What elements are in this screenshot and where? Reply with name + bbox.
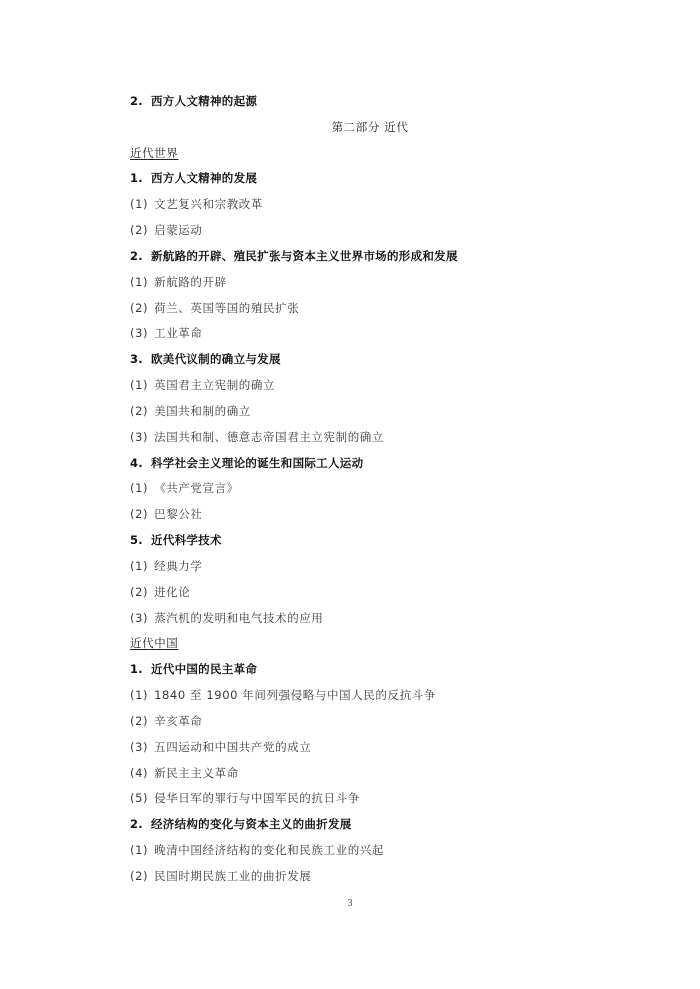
item-text: 启蒙运动 [154, 223, 202, 237]
subtopic-item: (1)经典力学 [130, 557, 570, 583]
item-text: 近代科学技术 [151, 533, 222, 547]
subtopic-item: (3)五四运动和中国共产党的成立 [130, 738, 570, 764]
item-number: (2) [130, 402, 148, 420]
item-text: 第二部分 近代 [332, 120, 409, 134]
item-number: (4) [130, 764, 148, 782]
topic-heading: 3.欧美代议制的确立与发展 [130, 350, 570, 376]
document-page: 2.西方人文精神的起源第二部分 近代近代世界1.西方人文精神的发展(1)文艺复兴… [0, 0, 700, 989]
topic-heading: 2.新航路的开辟、殖民扩张与资本主义世界市场的形成和发展 [130, 247, 570, 273]
section-title: 近代中国 [130, 634, 570, 660]
item-number: (2) [130, 221, 148, 239]
section-title: 近代世界 [130, 144, 570, 170]
topic-heading: 1.近代中国的民主革命 [130, 660, 570, 686]
subtopic-item: (2)民国时期民族工业的曲折发展 [130, 867, 570, 893]
subtopic-item: (3)工业革命 [130, 324, 570, 350]
subtopic-item: (4)新民主主义革命 [130, 764, 570, 790]
item-text: 新民主主义革命 [154, 766, 239, 780]
subtopic-item: (2)进化论 [130, 583, 570, 609]
item-text: 英国君主立宪制的确立 [154, 378, 275, 392]
item-text: 新航路的开辟、殖民扩张与资本主义世界市场的形成和发展 [151, 249, 458, 263]
item-text: 经典力学 [154, 559, 202, 573]
item-number: (1) [130, 376, 148, 394]
item-text: 西方人文精神的发展 [151, 171, 257, 185]
topic-heading: 1.西方人文精神的发展 [130, 169, 570, 195]
subtopic-item: (2)美国共和制的确立 [130, 402, 570, 428]
item-text: 工业革命 [154, 326, 202, 340]
item-text: 新航路的开辟 [154, 275, 227, 289]
subtopic-item: (1)晚清中国经济结构的变化和民族工业的兴起 [130, 841, 570, 867]
item-number: (5) [130, 789, 148, 807]
item-text: 民国时期民族工业的曲折发展 [154, 869, 311, 883]
item-number: 2. [130, 815, 143, 833]
part-title: 第二部分 近代 [130, 118, 570, 144]
item-number: (2) [130, 505, 148, 523]
subtopic-item: (5)侵华日军的罪行与中国军民的抗日斗争 [130, 789, 570, 815]
subtopic-item: (1)《共产党宣言》 [130, 479, 570, 505]
item-number: (1) [130, 686, 148, 704]
subtopic-item: (2)辛亥革命 [130, 712, 570, 738]
subtopic-item: (2)荷兰、英国等国的殖民扩张 [130, 299, 570, 325]
item-number: (1) [130, 557, 148, 575]
subtopic-item: (3)法国共和制、德意志帝国君主立宪制的确立 [130, 428, 570, 454]
item-number: 2. [130, 247, 143, 265]
item-number: 1. [130, 660, 143, 678]
item-text: 文艺复兴和宗教改革 [154, 197, 263, 211]
item-text: 近代世界 [130, 146, 178, 160]
item-text: 进化论 [154, 585, 190, 599]
item-number: (3) [130, 428, 148, 446]
item-text: 美国共和制的确立 [154, 404, 251, 418]
item-text: 晚清中国经济结构的变化和民族工业的兴起 [154, 843, 384, 857]
item-text: 科学社会主义理论的诞生和国际工人运动 [151, 456, 363, 470]
item-number: (1) [130, 841, 148, 859]
item-text: 侵华日军的罪行与中国军民的抗日斗争 [154, 791, 360, 805]
subtopic-item: (1)新航路的开辟 [130, 273, 570, 299]
subtopic-item: (3)蒸汽机的发明和电气技术的应用 [130, 609, 570, 635]
item-text: 荷兰、英国等国的殖民扩张 [154, 301, 299, 315]
item-text: 欧美代议制的确立与发展 [151, 352, 281, 366]
item-text: 1840 至 1900 年间列强侵略与中国人民的反抗斗争 [154, 688, 436, 702]
topic-heading: 4.科学社会主义理论的诞生和国际工人运动 [130, 454, 570, 480]
item-text: 辛亥革命 [154, 714, 202, 728]
item-number: (3) [130, 609, 148, 627]
item-number: (2) [130, 299, 148, 317]
item-number: 1. [130, 169, 143, 187]
item-number: 4. [130, 454, 143, 472]
subtopic-item: (1)1840 至 1900 年间列强侵略与中国人民的反抗斗争 [130, 686, 570, 712]
item-number: 3. [130, 350, 143, 368]
item-number: 5. [130, 531, 143, 549]
page-number: 3 [0, 898, 700, 909]
item-number: (2) [130, 583, 148, 601]
item-number: (3) [130, 738, 148, 756]
topic-heading: 2.西方人文精神的起源 [130, 92, 570, 118]
subtopic-item: (1)文艺复兴和宗教改革 [130, 195, 570, 221]
subtopic-item: (1)英国君主立宪制的确立 [130, 376, 570, 402]
item-number: (3) [130, 324, 148, 342]
item-number: 2. [130, 92, 143, 110]
subtopic-item: (2)启蒙运动 [130, 221, 570, 247]
outline-content: 2.西方人文精神的起源第二部分 近代近代世界1.西方人文精神的发展(1)文艺复兴… [130, 92, 570, 893]
item-text: 五四运动和中国共产党的成立 [154, 740, 311, 754]
item-number: (2) [130, 867, 148, 885]
item-text: 蒸汽机的发明和电气技术的应用 [154, 611, 323, 625]
item-number: (1) [130, 195, 148, 213]
item-number: (1) [130, 479, 148, 497]
item-number: (2) [130, 712, 148, 730]
item-text: 近代中国的民主革命 [151, 662, 257, 676]
item-text: 近代中国 [130, 636, 178, 650]
item-text: 法国共和制、德意志帝国君主立宪制的确立 [154, 430, 384, 444]
item-number: (1) [130, 273, 148, 291]
item-text: 西方人文精神的起源 [151, 94, 257, 108]
item-text: 巴黎公社 [154, 507, 202, 521]
subtopic-item: (2)巴黎公社 [130, 505, 570, 531]
topic-heading: 5.近代科学技术 [130, 531, 570, 557]
item-text: 经济结构的变化与资本主义的曲折发展 [151, 817, 352, 831]
item-text: 《共产党宣言》 [154, 481, 239, 495]
topic-heading: 2.经济结构的变化与资本主义的曲折发展 [130, 815, 570, 841]
